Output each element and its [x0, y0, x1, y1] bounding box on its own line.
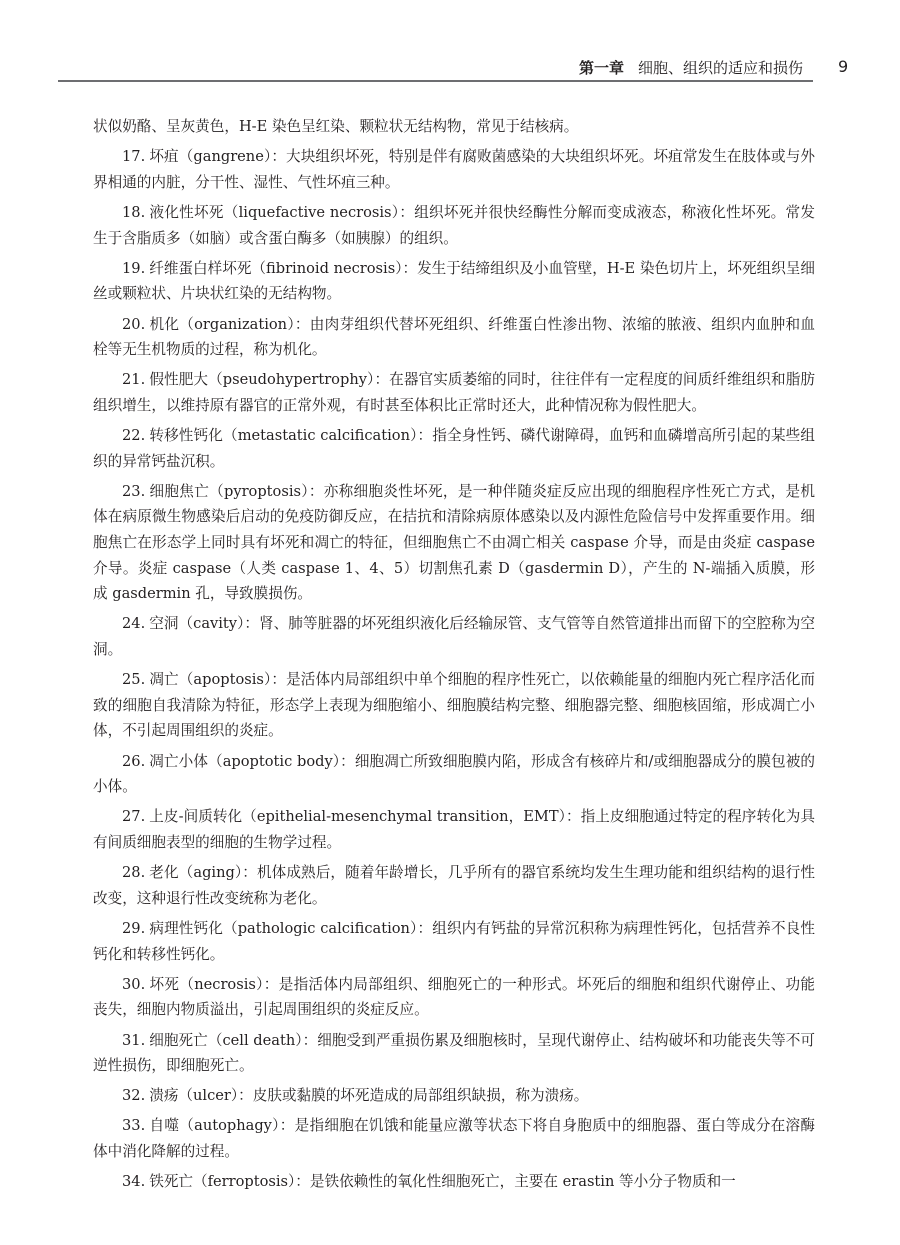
entry-text: 凋亡（apoptosis）：是活体内局部组织中单个细胞的程序性死亡，以依赖能量的…	[93, 671, 815, 739]
entry-text: 凋亡小体（apoptotic body）：细胞凋亡所致细胞膜内陷，形成含有核碎片…	[93, 753, 815, 796]
chapter-title: 细胞、组织的适应和损伤	[638, 59, 803, 77]
header-text: 第一章细胞、组织的适应和损伤	[579, 57, 803, 78]
entry-number: 18.	[122, 204, 145, 221]
entry-text: 坏死（necrosis）：是指活体内局部组织、细胞死亡的一种形式。坏死后的细胞和…	[93, 976, 815, 1019]
entry-number: 33.	[122, 1117, 145, 1134]
entry-number: 23.	[122, 483, 145, 500]
glossary-entry-32: 32.溃疡（ulcer）：皮肤或黏膜的坏死造成的局部组织缺损，称为溃疡。	[93, 1083, 815, 1109]
glossary-entry-17: 17.坏疽（gangrene）：大块组织坏死，特别是伴有腐败菌感染的大块组织坏死…	[93, 144, 815, 195]
page-body: 状似奶酪、呈灰黄色，H-E 染色呈红染、颗粒状无结构物，常见于结核病。 17.坏…	[93, 114, 815, 1199]
entry-text: 溃疡（ulcer）：皮肤或黏膜的坏死造成的局部组织缺损，称为溃疡。	[149, 1087, 588, 1104]
entry-number: 20.	[122, 316, 145, 333]
entry-number: 27.	[122, 808, 145, 825]
entry-number: 28.	[122, 864, 145, 881]
glossary-entry-29: 29.病理性钙化（pathologic calcification）：组织内有钙…	[93, 916, 815, 967]
entry-number: 29.	[122, 920, 145, 937]
glossary-entry-21: 21.假性肥大（pseudohypertrophy）：在器官实质萎缩的同时，往往…	[93, 367, 815, 418]
entry-number: 21.	[122, 371, 145, 388]
glossary-entry-30: 30.坏死（necrosis）：是指活体内局部组织、细胞死亡的一种形式。坏死后的…	[93, 972, 815, 1023]
glossary-entry-34: 34.铁死亡（ferroptosis）：是铁依赖性的氧化性细胞死亡，主要在 er…	[93, 1169, 815, 1195]
entry-text: 细胞死亡（cell death）：细胞受到严重损伤累及细胞核时，呈现代谢停止、结…	[93, 1032, 815, 1075]
glossary-entry-31: 31.细胞死亡（cell death）：细胞受到严重损伤累及细胞核时，呈现代谢停…	[93, 1028, 815, 1079]
entry-text: 老化（aging）：机体成熟后，随着年龄增长，几乎所有的器官系统均发生生理功能和…	[93, 864, 815, 907]
glossary-entry-18: 18.液化性坏死（liquefactive necrosis）：组织坏死并很快经…	[93, 200, 815, 251]
entry-text: 转移性钙化（metastatic calcification）：指全身性钙、磷代…	[93, 427, 815, 470]
entry-text: 空洞（cavity）：肾、肺等脏器的坏死组织液化后经输尿管、支气管等自然管道排出…	[93, 615, 815, 658]
entry-number: 32.	[122, 1087, 145, 1104]
entry-text: 机化（organization）：由肉芽组织代替坏死组织、纤维蛋白性渗出物、浓缩…	[93, 316, 815, 359]
entry-text: 铁死亡（ferroptosis）：是铁依赖性的氧化性细胞死亡，主要在 erast…	[149, 1173, 736, 1190]
entry-number: 22.	[122, 427, 145, 444]
entry-number: 26.	[122, 753, 145, 770]
glossary-entry-20: 20.机化（organization）：由肉芽组织代替坏死组织、纤维蛋白性渗出物…	[93, 312, 815, 363]
entry-text: 纤维蛋白样坏死（fibrinoid necrosis）：发生于结缔组织及小血管壁…	[93, 260, 815, 303]
entry-text: 细胞焦亡（pyroptosis）：亦称细胞炎性坏死，是一种伴随炎症反应出现的细胞…	[93, 483, 815, 602]
glossary-entry-22: 22.转移性钙化（metastatic calcification）：指全身性钙…	[93, 423, 815, 474]
entry-text: 坏疽（gangrene）：大块组织坏死，特别是伴有腐败菌感染的大块组织坏死。坏疽…	[93, 148, 815, 191]
glossary-entry-24: 24.空洞（cavity）：肾、肺等脏器的坏死组织液化后经输尿管、支气管等自然管…	[93, 611, 815, 662]
glossary-entry-19: 19.纤维蛋白样坏死（fibrinoid necrosis）：发生于结缔组织及小…	[93, 256, 815, 307]
entry-number: 30.	[122, 976, 145, 993]
page-number: 9	[838, 57, 848, 76]
entry-text: 自噬（autophagy）：是指细胞在饥饿和能量应激等状态下将自身胞质中的细胞器…	[93, 1117, 815, 1160]
entry-text: 病理性钙化（pathologic calcification）：组织内有钙盐的异…	[93, 920, 815, 963]
entry-number: 31.	[122, 1032, 145, 1049]
chapter-label: 第一章	[579, 59, 624, 77]
entry-number: 19.	[122, 260, 145, 277]
entry-number: 34.	[122, 1173, 145, 1190]
continuation-paragraph: 状似奶酪、呈灰黄色，H-E 染色呈红染、颗粒状无结构物，常见于结核病。	[93, 114, 815, 140]
glossary-entry-25: 25.凋亡（apoptosis）：是活体内局部组织中单个细胞的程序性死亡，以依赖…	[93, 667, 815, 744]
glossary-entry-23: 23.细胞焦亡（pyroptosis）：亦称细胞炎性坏死，是一种伴随炎症反应出现…	[93, 479, 815, 607]
entry-number: 24.	[122, 615, 145, 632]
entry-text: 液化性坏死（liquefactive necrosis）：组织坏死并很快经酶性分…	[93, 204, 815, 247]
glossary-entry-33: 33.自噬（autophagy）：是指细胞在饥饿和能量应激等状态下将自身胞质中的…	[93, 1113, 815, 1164]
entry-number: 25.	[122, 671, 145, 688]
glossary-entry-28: 28.老化（aging）：机体成熟后，随着年龄增长，几乎所有的器官系统均发生生理…	[93, 860, 815, 911]
entry-number: 17.	[122, 148, 145, 165]
glossary-entry-27: 27.上皮-间质转化（epithelial-mesenchymal transi…	[93, 804, 815, 855]
glossary-entry-26: 26.凋亡小体（apoptotic body）：细胞凋亡所致细胞膜内陷，形成含有…	[93, 749, 815, 800]
entry-text: 上皮-间质转化（epithelial-mesenchymal transitio…	[93, 808, 815, 851]
entry-text: 假性肥大（pseudohypertrophy）：在器官实质萎缩的同时，往往伴有一…	[93, 371, 815, 414]
running-header: 第一章细胞、组织的适应和损伤	[58, 56, 813, 82]
